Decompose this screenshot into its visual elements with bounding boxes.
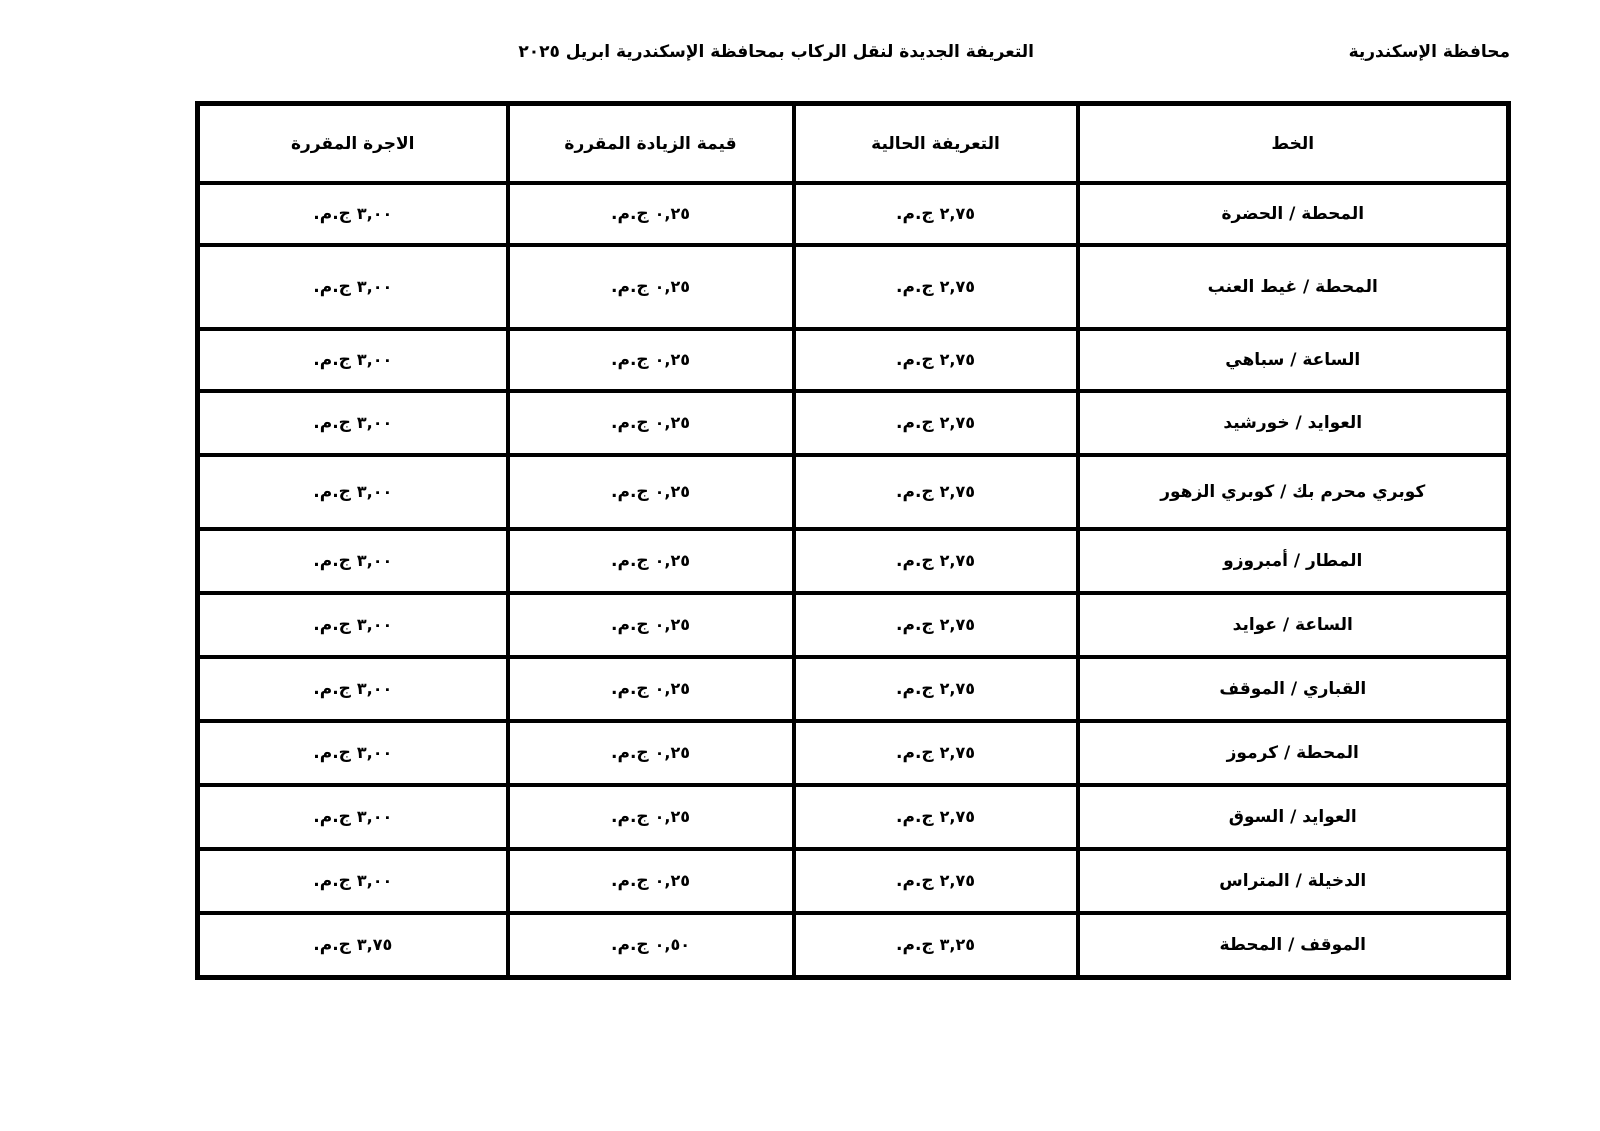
amount: ٠,٢٥ ج.م. [611,482,690,502]
route-cell: المحطة / الحضرة [1078,183,1509,245]
amount-value: ٠,٢٥ [655,482,690,501]
new-fare-cell: ٣,٠٠ ج.م. [198,593,508,657]
table-row: العوايد / خورشيد٢,٧٥ ج.م.٠,٢٥ ج.م.٣,٠٠ ج… [198,391,1509,455]
new-fare-cell: ٣,٠٠ ج.م. [198,183,508,245]
current-fare-cell: ٢,٧٥ ج.م. [794,785,1078,849]
new-fare-cell: ٣,٠٠ ج.م. [198,657,508,721]
route-cell: القباري / الموقف [1078,657,1509,721]
amount: ٠,٢٥ ج.م. [611,277,690,297]
amount: ٢,٧٥ ج.م. [896,482,975,502]
current-fare-cell: ٢,٧٥ ج.م. [794,529,1078,593]
table-row: المطار / أمبروزو٢,٧٥ ج.م.٠,٢٥ ج.م.٣,٠٠ ج… [198,529,1509,593]
amount-value: ٠,٢٥ [655,871,690,890]
current-fare-cell: ٢,٧٥ ج.م. [794,721,1078,785]
currency-label: ج.م. [896,204,934,224]
amount-value: ٣,٠٠ [357,615,392,634]
route-cell: المحطة / كرموز [1078,721,1509,785]
current-fare-cell: ٣,٢٥ ج.م. [794,913,1078,977]
amount: ٠,٢٥ ج.م. [611,679,690,699]
current-fare-cell: ٢,٧٥ ج.م. [794,455,1078,529]
column-header-increase: قيمة الزيادة المقررة [508,104,794,184]
table-row: كوبري محرم بك / كوبري الزهور٢,٧٥ ج.م.٠,٢… [198,455,1509,529]
current-fare-cell: ٢,٧٥ ج.م. [794,245,1078,329]
fare-table-body: المحطة / الحضرة٢,٧٥ ج.م.٠,٢٥ ج.م.٣,٠٠ ج.… [198,183,1509,977]
amount-value: ٣,٢٥ [940,935,975,954]
new-fare-cell: ٣,٠٠ ج.م. [198,455,508,529]
currency-label: ج.م. [313,277,351,297]
increase-cell: ٠,٢٥ ج.م. [508,455,794,529]
amount: ٣,٠٠ ج.م. [313,743,392,763]
table-row: المحطة / كرموز٢,٧٥ ج.م.٠,٢٥ ج.م.٣,٠٠ ج.م… [198,721,1509,785]
currency-label: ج.م. [313,551,351,571]
amount: ٣,٠٠ ج.م. [313,615,392,635]
route-cell: الساعة / عوايد [1078,593,1509,657]
table-header-row: الخط التعريفة الحالية قيمة الزيادة المقر… [198,104,1509,184]
amount-value: ٢,٧٥ [940,350,975,369]
amount-value: ٣,٠٠ [357,679,392,698]
table-row: الساعة / سباهي٢,٧٥ ج.م.٠,٢٥ ج.م.٣,٠٠ ج.م… [198,329,1509,391]
new-fare-cell: ٣,٠٠ ج.م. [198,245,508,329]
currency-label: ج.م. [611,482,649,502]
new-fare-cell: ٣,٠٠ ج.م. [198,785,508,849]
amount-value: ٠,٢٥ [655,413,690,432]
current-fare-cell: ٢,٧٥ ج.م. [794,329,1078,391]
amount: ٣,٠٠ ج.م. [313,350,392,370]
amount-value: ٠,٢٥ [655,743,690,762]
currency-label: ج.م. [313,482,351,502]
currency-label: ج.م. [313,743,351,763]
currency-label: ج.م. [313,204,351,224]
amount-value: ٠,٢٥ [655,350,690,369]
amount: ٣,٢٥ ج.م. [896,935,975,955]
amount-value: ٢,٧٥ [940,871,975,890]
amount: ٢,٧٥ ج.م. [896,204,975,224]
currency-label: ج.م. [896,871,934,891]
amount: ٣,٠٠ ج.م. [313,277,392,297]
amount: ٢,٧٥ ج.م. [896,615,975,635]
amount: ٢,٧٥ ج.م. [896,350,975,370]
currency-label: ج.م. [896,551,934,571]
currency-label: ج.م. [313,871,351,891]
column-header-new-fare: الاجرة المقررة [198,104,508,184]
amount-value: ٠,٢٥ [655,807,690,826]
amount: ٣,٠٠ ج.م. [313,871,392,891]
amount-value: ٠,٢٥ [655,679,690,698]
route-cell: العوايد / خورشيد [1078,391,1509,455]
amount-value: ٢,٧٥ [940,551,975,570]
currency-label: ج.م. [611,615,649,635]
increase-cell: ٠,٢٥ ج.م. [508,849,794,913]
amount: ٣,٧٥ ج.م. [313,935,392,955]
currency-label: ج.م. [896,935,934,955]
amount: ٢,٧٥ ج.م. [896,871,975,891]
column-header-current-fare: التعريفة الحالية [794,104,1078,184]
table-row: الموقف / المحطة٣,٢٥ ج.م.٠,٥٠ ج.م.٣,٧٥ ج.… [198,913,1509,977]
increase-cell: ٠,٢٥ ج.م. [508,245,794,329]
amount-value: ٠,٢٥ [655,551,690,570]
currency-label: ج.م. [896,679,934,699]
currency-label: ج.م. [896,615,934,635]
table-row: المحطة / الحضرة٢,٧٥ ج.م.٠,٢٥ ج.م.٣,٠٠ ج.… [198,183,1509,245]
amount: ٣,٠٠ ج.م. [313,204,392,224]
increase-cell: ٠,٢٥ ج.م. [508,391,794,455]
increase-cell: ٠,٢٥ ج.م. [508,721,794,785]
amount: ٢,٧٥ ج.م. [896,551,975,571]
current-fare-cell: ٢,٧٥ ج.م. [794,593,1078,657]
table-row: العوايد / السوق٢,٧٥ ج.م.٠,٢٥ ج.م.٣,٠٠ ج.… [198,785,1509,849]
currency-label: ج.م. [611,204,649,224]
table-row: الدخيلة / المتراس٢,٧٥ ج.م.٠,٢٥ ج.م.٣,٠٠ … [198,849,1509,913]
route-cell: المحطة / غيط العنب [1078,245,1509,329]
amount: ٣,٠٠ ج.م. [313,807,392,827]
amount: ٣,٠٠ ج.م. [313,413,392,433]
amount-value: ٠,٥٠ [655,935,690,954]
amount-value: ٣,٠٠ [357,551,392,570]
amount-value: ٢,٧٥ [940,413,975,432]
current-fare-cell: ٢,٧٥ ج.م. [794,183,1078,245]
currency-label: ج.م. [313,413,351,433]
current-fare-cell: ٢,٧٥ ج.م. [794,657,1078,721]
currency-label: ج.م. [896,350,934,370]
currency-label: ج.م. [896,413,934,433]
currency-label: ج.م. [611,551,649,571]
amount: ٠,٢٥ ج.م. [611,743,690,763]
amount: ٣,٠٠ ج.م. [313,482,392,502]
currency-label: ج.م. [611,277,649,297]
amount-value: ٠,٢٥ [655,615,690,634]
amount-value: ٢,٧٥ [940,743,975,762]
amount: ٣,٠٠ ج.م. [313,679,392,699]
amount: ٢,٧٥ ج.م. [896,679,975,699]
amount-value: ٣,٠٠ [357,350,392,369]
amount: ٠,٢٥ ج.م. [611,551,690,571]
amount-value: ٣,٠٠ [357,807,392,826]
table-row: المحطة / غيط العنب٢,٧٥ ج.م.٠,٢٥ ج.م.٣,٠٠… [198,245,1509,329]
amount: ٠,٢٥ ج.م. [611,615,690,635]
route-cell: العوايد / السوق [1078,785,1509,849]
currency-label: ج.م. [313,935,351,955]
amount: ٠,٢٥ ج.م. [611,350,690,370]
increase-cell: ٠,٢٥ ج.م. [508,785,794,849]
amount-value: ٣,٠٠ [357,413,392,432]
currency-label: ج.م. [611,350,649,370]
new-fare-cell: ٣,٧٥ ج.م. [198,913,508,977]
amount-value: ٢,٧٥ [940,807,975,826]
amount-value: ٣,٠٠ [357,871,392,890]
new-fare-cell: ٣,٠٠ ج.م. [198,849,508,913]
route-cell: الدخيلة / المتراس [1078,849,1509,913]
currency-label: ج.م. [313,350,351,370]
amount: ٢,٧٥ ج.م. [896,807,975,827]
currency-label: ج.م. [611,679,649,699]
increase-cell: ٠,٢٥ ج.م. [508,183,794,245]
currency-label: ج.م. [611,807,649,827]
currency-label: ج.م. [313,679,351,699]
amount-value: ٢,٧٥ [940,679,975,698]
increase-cell: ٠,٢٥ ج.م. [508,329,794,391]
amount-value: ٢,٧٥ [940,204,975,223]
currency-label: ج.م. [896,277,934,297]
amount-value: ٢,٧٥ [940,277,975,296]
route-cell: المطار / أمبروزو [1078,529,1509,593]
amount: ٠,٢٥ ج.م. [611,871,690,891]
increase-cell: ٠,٢٥ ج.م. [508,657,794,721]
amount-value: ٣,٠٠ [357,277,392,296]
document-title: التعريفة الجديدة لنقل الركاب بمحافظة الإ… [574,42,1034,62]
route-cell: الساعة / سباهي [1078,329,1509,391]
governorate-label: محافظة الإسكندرية [1349,42,1510,62]
amount: ٠,٢٥ ج.م. [611,204,690,224]
amount: ٠,٥٠ ج.م. [611,935,690,955]
fare-table: الخط التعريفة الحالية قيمة الزيادة المقر… [195,101,1511,980]
amount-value: ٣,٠٠ [357,743,392,762]
table-row: القباري / الموقف٢,٧٥ ج.م.٠,٢٥ ج.م.٣,٠٠ ج… [198,657,1509,721]
new-fare-cell: ٣,٠٠ ج.م. [198,329,508,391]
amount-value: ٣,٧٥ [357,935,392,954]
amount-value: ٢,٧٥ [940,482,975,501]
increase-cell: ٠,٢٥ ج.م. [508,593,794,657]
currency-label: ج.م. [896,482,934,502]
column-header-route: الخط [1078,104,1509,184]
amount: ٢,٧٥ ج.م. [896,413,975,433]
currency-label: ج.م. [611,871,649,891]
current-fare-cell: ٢,٧٥ ج.م. [794,849,1078,913]
new-fare-cell: ٣,٠٠ ج.م. [198,391,508,455]
currency-label: ج.م. [896,743,934,763]
currency-label: ج.م. [611,935,649,955]
amount-value: ٢,٧٥ [940,615,975,634]
amount: ٢,٧٥ ج.م. [896,743,975,763]
currency-label: ج.م. [313,807,351,827]
increase-cell: ٠,٥٠ ج.م. [508,913,794,977]
amount-value: ٠,٢٥ [655,204,690,223]
currency-label: ج.م. [611,413,649,433]
new-fare-cell: ٣,٠٠ ج.م. [198,529,508,593]
route-cell: الموقف / المحطة [1078,913,1509,977]
increase-cell: ٠,٢٥ ج.م. [508,529,794,593]
table-row: الساعة / عوايد٢,٧٥ ج.م.٠,٢٥ ج.م.٣,٠٠ ج.م… [198,593,1509,657]
amount-value: ٠,٢٥ [655,277,690,296]
amount: ٣,٠٠ ج.م. [313,551,392,571]
amount: ٠,٢٥ ج.م. [611,413,690,433]
amount-value: ٣,٠٠ [357,204,392,223]
amount: ٢,٧٥ ج.م. [896,277,975,297]
amount: ٠,٢٥ ج.م. [611,807,690,827]
new-fare-cell: ٣,٠٠ ج.م. [198,721,508,785]
route-cell: كوبري محرم بك / كوبري الزهور [1078,455,1509,529]
currency-label: ج.م. [611,743,649,763]
amount-value: ٣,٠٠ [357,482,392,501]
currency-label: ج.م. [896,807,934,827]
currency-label: ج.م. [313,615,351,635]
current-fare-cell: ٢,٧٥ ج.م. [794,391,1078,455]
